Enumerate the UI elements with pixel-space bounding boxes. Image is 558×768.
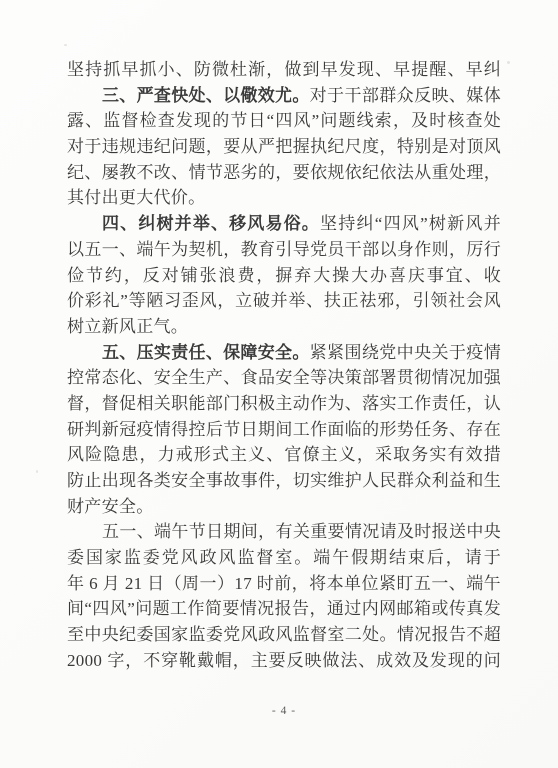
text-line: 风险隐患，力戒形式主义、官僚主义，采取务实有效措施， <box>67 442 501 468</box>
text-line: 坚持抓早抓小、防微杜渐，做到早发现、早提醒、早纠正。 <box>67 57 501 83</box>
text-segment: 价彩礼”等陋习歪风，立破并举、扶正祛邪，引领社会风尚、 <box>67 291 501 314</box>
text-segment: 坚持抓早抓小、防微杜渐，做到早发现、早提醒、早纠正。 <box>67 60 501 83</box>
text-line: 五、压实责任、保障安全。紧紧围绕党中央关于疫情防 <box>67 340 501 366</box>
text-segment: 风险隐患，力戒形式主义、官僚主义，采取务实有效措施， <box>67 445 501 468</box>
scan-speck <box>36 470 38 473</box>
page-number: - 4 - <box>67 705 501 717</box>
text-line: 三、严查快处、以儆效尤。对于干部群众反映、媒体披 <box>67 83 501 109</box>
text-segment: 俭节约，反对铺张浪费，摒弃大操大办喜庆事宜、收送“天 <box>67 266 501 289</box>
text-segment: 对于违规违纪问题，要从严把握执纪尺度，特别是对顶风违 <box>67 137 501 160</box>
section-heading: 三、严查快处、以儆效尤。 <box>102 86 310 105</box>
text-segment: 纪、屡教不改、情节恶劣的，要依规依纪依法从重处理，让 <box>67 163 501 186</box>
text-segment: 控常态化、安全生产、食品安全等决策部署贯彻情况加强监 <box>67 368 501 391</box>
text-line: 财产安全。 <box>67 494 501 520</box>
section-heading: 四、纠树并举、移风易俗。 <box>102 214 320 233</box>
text-line: 俭节约，反对铺张浪费，摒弃大操大办喜庆事宜、收送“天 <box>67 263 501 289</box>
text-segment: 露、监督检查发现的节日“四风”问题线索，及时核查处置。 <box>67 111 501 134</box>
text-line: 四、纠树并举、移风易俗。坚持纠“四风”树新风并举， <box>67 211 501 237</box>
text-segment: 年 6 月 21 日（周一）17 时前，将本单位紧盯五一、端午期 <box>67 574 501 597</box>
text-line: 年 6 月 21 日（周一）17 时前，将本单位紧盯五一、端午期 <box>67 571 501 597</box>
text-line: 五一、端午节日期间，有关重要情况请及时报送中央纪 <box>67 519 501 545</box>
text-line: 以五一、端午为契机，教育引导党员干部以身作则，厉行勤 <box>67 237 501 263</box>
text-segment: 以五一、端午为契机，教育引导党员干部以身作则，厉行勤 <box>67 240 501 263</box>
text-segment: 财产安全。 <box>67 497 154 516</box>
text-line: 露、监督检查发现的节日“四风”问题线索，及时核查处置。 <box>67 108 501 134</box>
text-line: 委国家监委党风政风监督室。端午假期结束后，请于 2021 <box>67 545 501 571</box>
text-line: 间“四风”问题工作简要情况报告，通过内网邮箱或传真发 <box>67 596 501 622</box>
text-line: 其付出更大代价。 <box>67 185 501 211</box>
text-line: 价彩礼”等陋习歪风，立破并举、扶正祛邪，引领社会风尚、 <box>67 288 501 314</box>
document-body: 坚持抓早抓小、防微杜渐，做到早发现、早提醒、早纠正。三、严查快处、以儆效尤。对于… <box>67 57 501 674</box>
text-line: 2000 字，不穿靴戴帽，主要反映做法、成效及发现的问题。 <box>67 648 501 674</box>
scan-speck <box>507 61 510 64</box>
text-line: 督，督促相关职能部门积极主动作为、落实工作责任，认真 <box>67 391 501 417</box>
text-line: 对于违规违纪问题，要从严把握执纪尺度，特别是对顶风违 <box>67 134 501 160</box>
text-line: 防止出现各类安全事故事件，切实维护人民群众利益和生命 <box>67 468 501 494</box>
text-line: 树立新风正气。 <box>67 314 501 340</box>
text-segment: 研判新冠疫情得控后节日期间工作面临的形势任务、存在的 <box>67 420 501 443</box>
text-segment: 至中央纪委国家监委党风政风监督室二处。情况报告不超过 <box>67 625 501 648</box>
text-segment: 间“四风”问题工作简要情况报告，通过内网邮箱或传真发 <box>67 599 501 618</box>
scanned-document-page: 坚持抓早抓小、防微杜渐，做到早发现、早提醒、早纠正。三、严查快处、以儆效尤。对于… <box>0 0 558 768</box>
text-segment: 委国家监委党风政风监督室。端午假期结束后，请于 2021 <box>67 548 501 571</box>
text-line: 纪、屡教不改、情节恶劣的，要依规依纪依法从重处理，让 <box>67 160 501 186</box>
text-segment: 督，督促相关职能部门积极主动作为、落实工作责任，认真 <box>67 394 501 417</box>
text-segment: 其付出更大代价。 <box>67 188 205 207</box>
text-segment: 五一、端午节日期间，有关重要情况请及时报送中央纪 <box>102 522 501 545</box>
text-line: 控常态化、安全生产、食品安全等决策部署贯彻情况加强监 <box>67 365 501 391</box>
text-line: 研判新冠疫情得控后节日期间工作面临的形势任务、存在的 <box>67 417 501 443</box>
text-segment: 树立新风正气。 <box>67 317 188 336</box>
scan-speck <box>64 44 67 46</box>
section-heading: 五、压实责任、保障安全。 <box>102 343 310 362</box>
text-segment: 防止出现各类安全事故事件，切实维护人民群众利益和生命 <box>67 471 501 494</box>
text-segment: 2000 字，不穿靴戴帽，主要反映做法、成效及发现的问题。 <box>67 651 501 674</box>
text-line: 至中央纪委国家监委党风政风监督室二处。情况报告不超过 <box>67 622 501 648</box>
